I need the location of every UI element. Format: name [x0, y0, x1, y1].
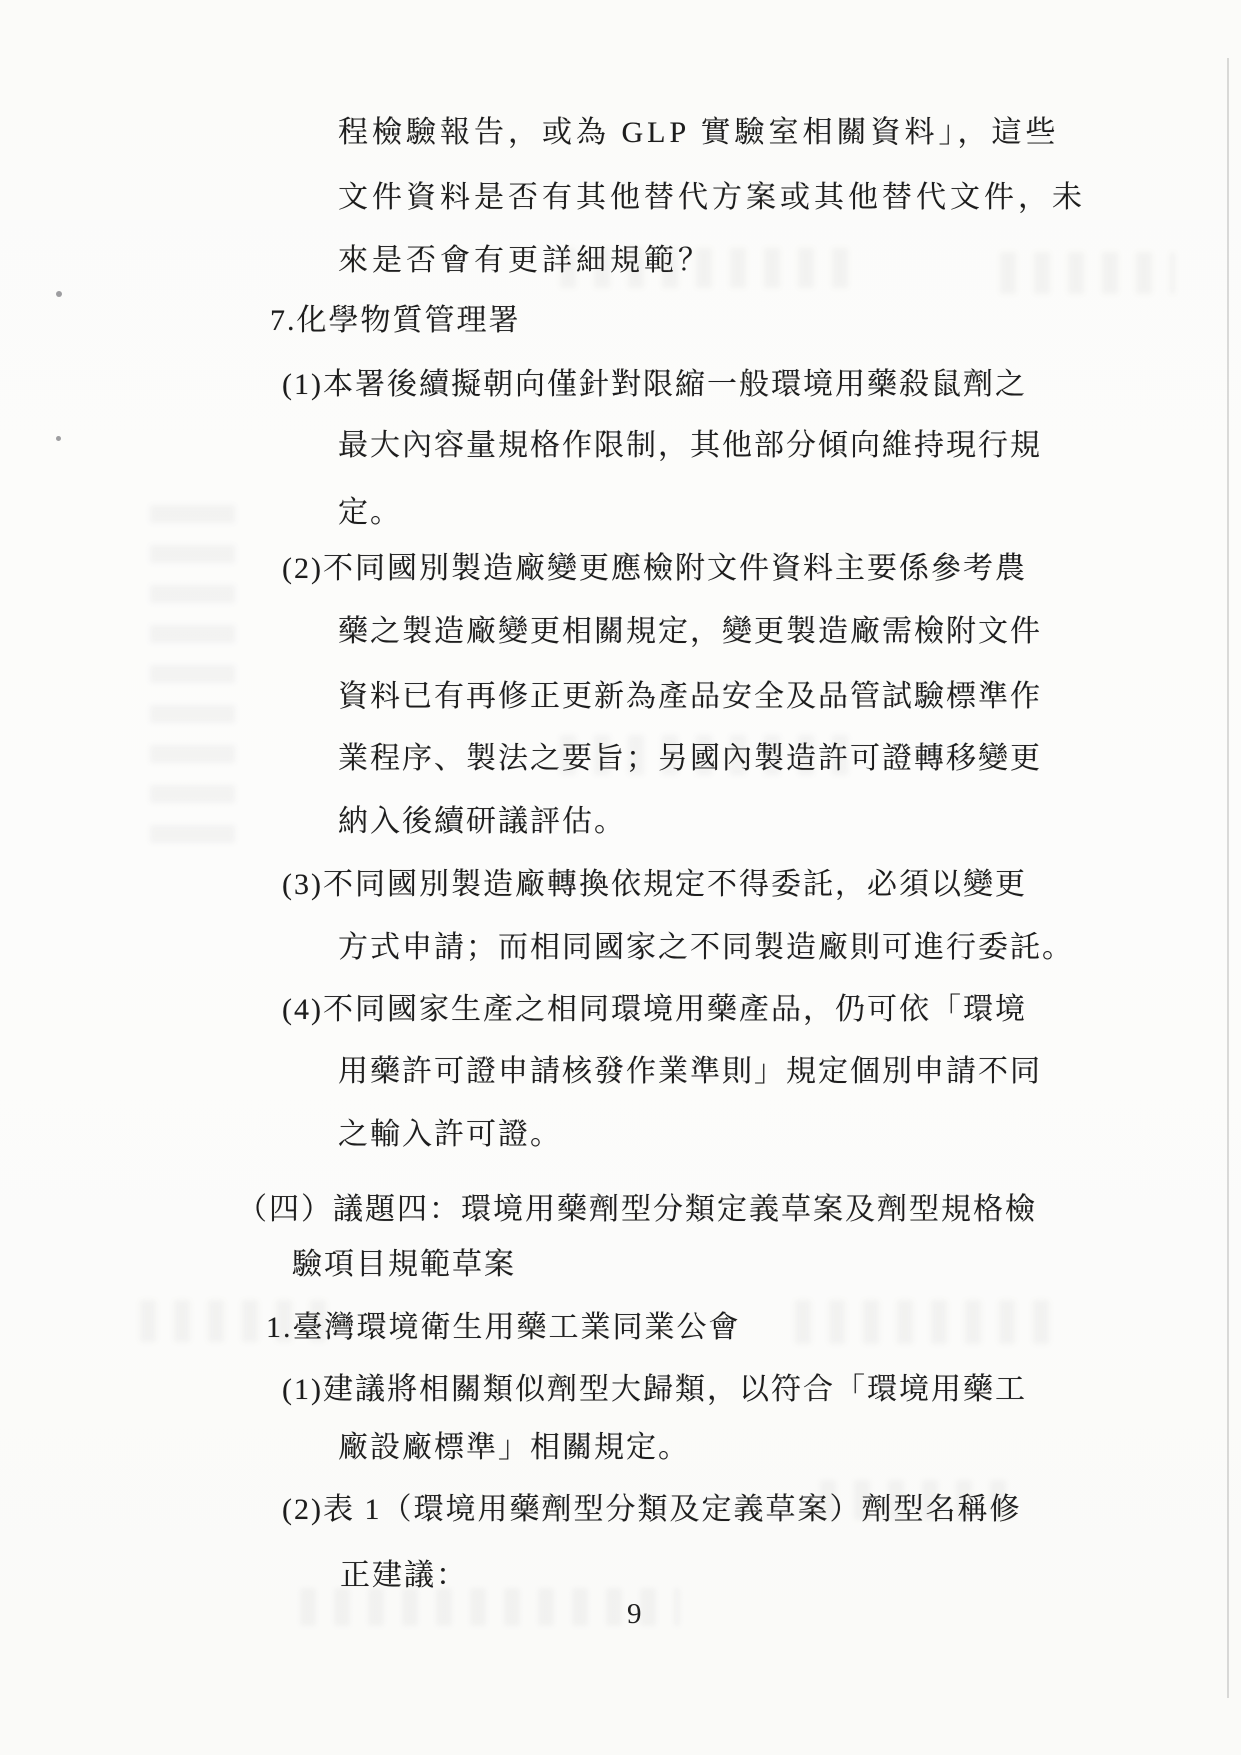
item-7-sub-4-line-1: (4)不同國家生產之相同環境用藥產品，仍可依「環境	[282, 991, 1027, 1029]
item-1-sub-2-line-2: 正建議：	[340, 1557, 468, 1595]
item-7-sub-2-line-2: 藥之製造廠變更相關規定，變更製造廠需檢附文件	[338, 613, 1042, 651]
scan-edge-line	[1227, 58, 1229, 1698]
item-7-heading: 7.化學物質管理署	[270, 302, 521, 340]
item-7-sub-4-line-2: 用藥許可證申請核發作業準則」規定個別申請不同	[338, 1053, 1042, 1091]
bleed-through-mark	[795, 1300, 1065, 1344]
section-4-heading-line-1: （四）議題四：環境用藥劑型分類定義草案及劑型規格檢	[237, 1191, 1037, 1229]
item-1-sub-1-line-2: 廠設廠標準」相關規定。	[338, 1429, 690, 1467]
item-7-sub-3-line-2: 方式申請；而相同國家之不同製造廠則可進行委託。	[338, 929, 1074, 967]
ink-speck	[56, 291, 62, 297]
item-7-sub-2-line-5: 納入後續研議評估。	[338, 803, 626, 841]
bleed-through-mark	[1000, 252, 1175, 294]
item-7-sub-1-line-2: 最大內容量規格作限制，其他部分傾向維持現行規	[338, 427, 1042, 465]
page-number: 9	[627, 1598, 642, 1631]
item-1-sub-2-line-1: (2)表 1（環境用藥劑型分類及定義草案）劑型名稱修	[282, 1491, 1021, 1529]
item-7-sub-2-line-4: 業程序、製法之要旨；另國內製造許可證轉移變更	[338, 740, 1042, 778]
ink-speck	[56, 436, 61, 441]
item-1-sub-1-line-1: (1)建議將相關類似劑型大歸類，以符合「環境用藥工	[282, 1371, 1027, 1409]
item-7-sub-1-line-3: 定。	[338, 494, 402, 532]
item-7-sub-3-line-1: (3)不同國別製造廠轉換依規定不得委託，必須以變更	[282, 866, 1027, 904]
paragraph-continuation-line-2: 文件資料是否有其他替代方案或其他替代文件，未	[338, 179, 1086, 217]
paragraph-continuation-line-1: 程檢驗報告，或為 GLP 實驗室相關資料」，這些	[338, 114, 1060, 152]
scanned-document-page: 程檢驗報告，或為 GLP 實驗室相關資料」，這些 文件資料是否有其他替代方案或其…	[0, 0, 1241, 1755]
item-7-sub-2-line-3: 資料已有再修正更新為產品安全及品管試驗標準作	[338, 678, 1042, 716]
bleed-through-mark	[150, 505, 235, 865]
item-7-sub-1-line-1: (1)本署後續擬朝向僅針對限縮一般環境用藥殺鼠劑之	[282, 366, 1027, 404]
paragraph-continuation-line-3: 來是否會有更詳細規範？	[338, 242, 712, 280]
item-1-heading: 1.臺灣環境衛生用藥工業同業公會	[266, 1309, 741, 1347]
item-7-sub-4-line-3: 之輸入許可證。	[338, 1116, 562, 1154]
section-4-heading-line-2: 驗項目規範草案	[292, 1246, 516, 1284]
item-7-sub-2-line-1: (2)不同國別製造廠變更應檢附文件資料主要係參考農	[282, 550, 1027, 588]
